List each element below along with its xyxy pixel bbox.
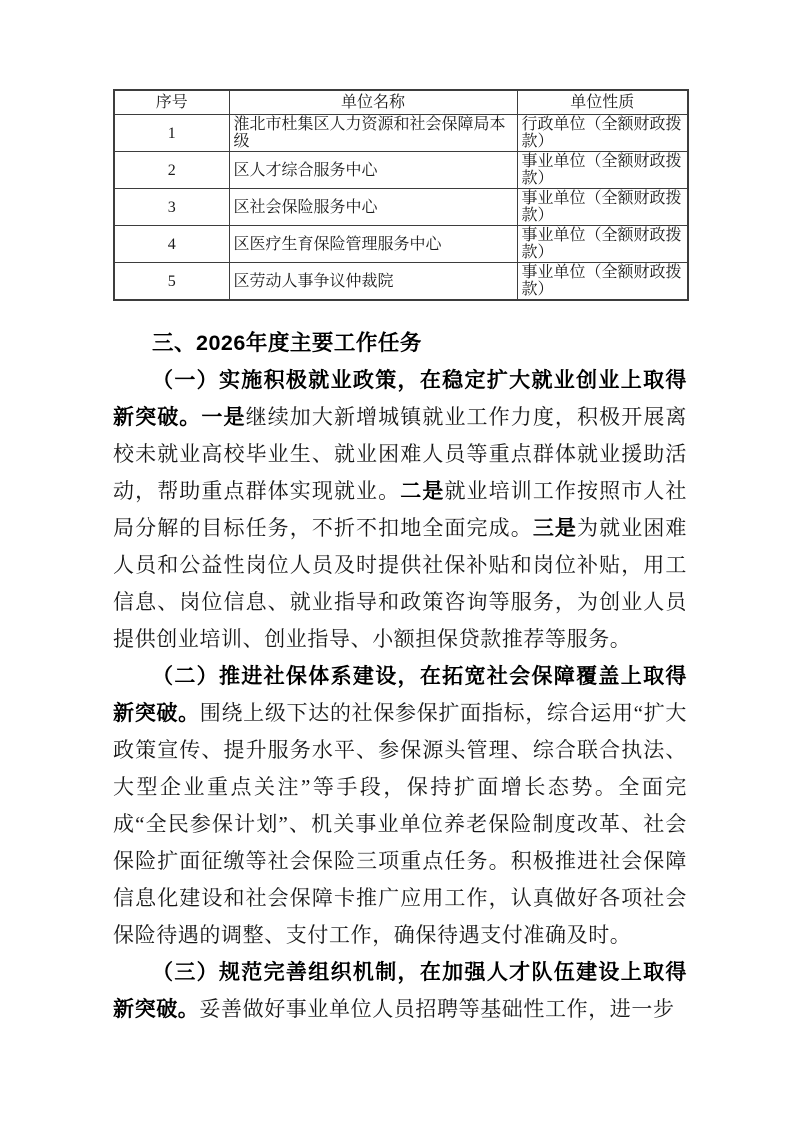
paragraph-talent-team: （三）规范完善组织机制，在加强人才队伍建设上取得新突破。妥善做好事业单位人员招聘… — [113, 954, 687, 1028]
cell-unit-name: 区医疗生育保险管理服务中心 — [229, 226, 517, 263]
column-header-index: 序号 — [114, 90, 229, 115]
paragraph-employment: （一）实施积极就业政策，在稳定扩大就业创业上取得新突破。一是继续加大新增城镇就业… — [113, 362, 687, 658]
table-row: 5 区劳动人事争议仲裁院 事业单位（全额财政拨款） — [114, 263, 688, 301]
cell-unit-nature: 事业单位（全额财政拨款） — [517, 189, 688, 226]
cell-unit-nature: 事业单位（全额财政拨款） — [517, 226, 688, 263]
column-header-nature: 单位性质 — [517, 90, 688, 115]
document-content: 序号 单位名称 单位性质 1 淮北市杜集区人力资源和社会保障局本级 行政单位（全… — [113, 89, 687, 1028]
text-segment-marker: 一是 — [201, 405, 245, 429]
text-segment: 妥善做好事业单位人员招聘等基础性工作，进一步 — [199, 997, 674, 1021]
table-header-row: 序号 单位名称 单位性质 — [114, 90, 688, 115]
cell-index: 3 — [114, 189, 229, 226]
text-segment: 围绕上级下达的社保参保扩面指标，综合运用“扩大政策宣传、提升服务水平、参保源头管… — [113, 701, 687, 947]
cell-unit-name: 区劳动人事争议仲裁院 — [229, 263, 517, 301]
cell-index: 2 — [114, 152, 229, 189]
section-heading: 三、2026年度主要工作任务 — [113, 325, 687, 362]
document-page: 序号 单位名称 单位性质 1 淮北市杜集区人力资源和社会保障局本级 行政单位（全… — [0, 0, 793, 1122]
cell-unit-nature: 行政单位（全额财政拨款） — [517, 115, 688, 152]
cell-unit-nature: 事业单位（全额财政拨款） — [517, 152, 688, 189]
cell-index: 5 — [114, 263, 229, 301]
cell-index: 4 — [114, 226, 229, 263]
column-header-name: 单位名称 — [229, 90, 517, 115]
paragraph-social-insurance: （二）推进社保体系建设，在拓宽社会保障覆盖上取得新突破。围绕上级下达的社保参保扩… — [113, 658, 687, 954]
text-segment-marker: 二是 — [400, 479, 444, 503]
cell-unit-name: 区社会保险服务中心 — [229, 189, 517, 226]
table-row: 2 区人才综合服务中心 事业单位（全额财政拨款） — [114, 152, 688, 189]
cell-index: 1 — [114, 115, 229, 152]
cell-unit-nature: 事业单位（全额财政拨款） — [517, 263, 688, 301]
table-row: 4 区医疗生育保险管理服务中心 事业单位（全额财政拨款） — [114, 226, 688, 263]
cell-unit-name: 淮北市杜集区人力资源和社会保障局本级 — [229, 115, 517, 152]
text-segment-marker: 三是 — [533, 516, 577, 540]
unit-table: 序号 单位名称 单位性质 1 淮北市杜集区人力资源和社会保障局本级 行政单位（全… — [113, 89, 689, 301]
cell-unit-name: 区人才综合服务中心 — [229, 152, 517, 189]
table-row: 3 区社会保险服务中心 事业单位（全额财政拨款） — [114, 189, 688, 226]
table-row: 1 淮北市杜集区人力资源和社会保障局本级 行政单位（全额财政拨款） — [114, 115, 688, 152]
